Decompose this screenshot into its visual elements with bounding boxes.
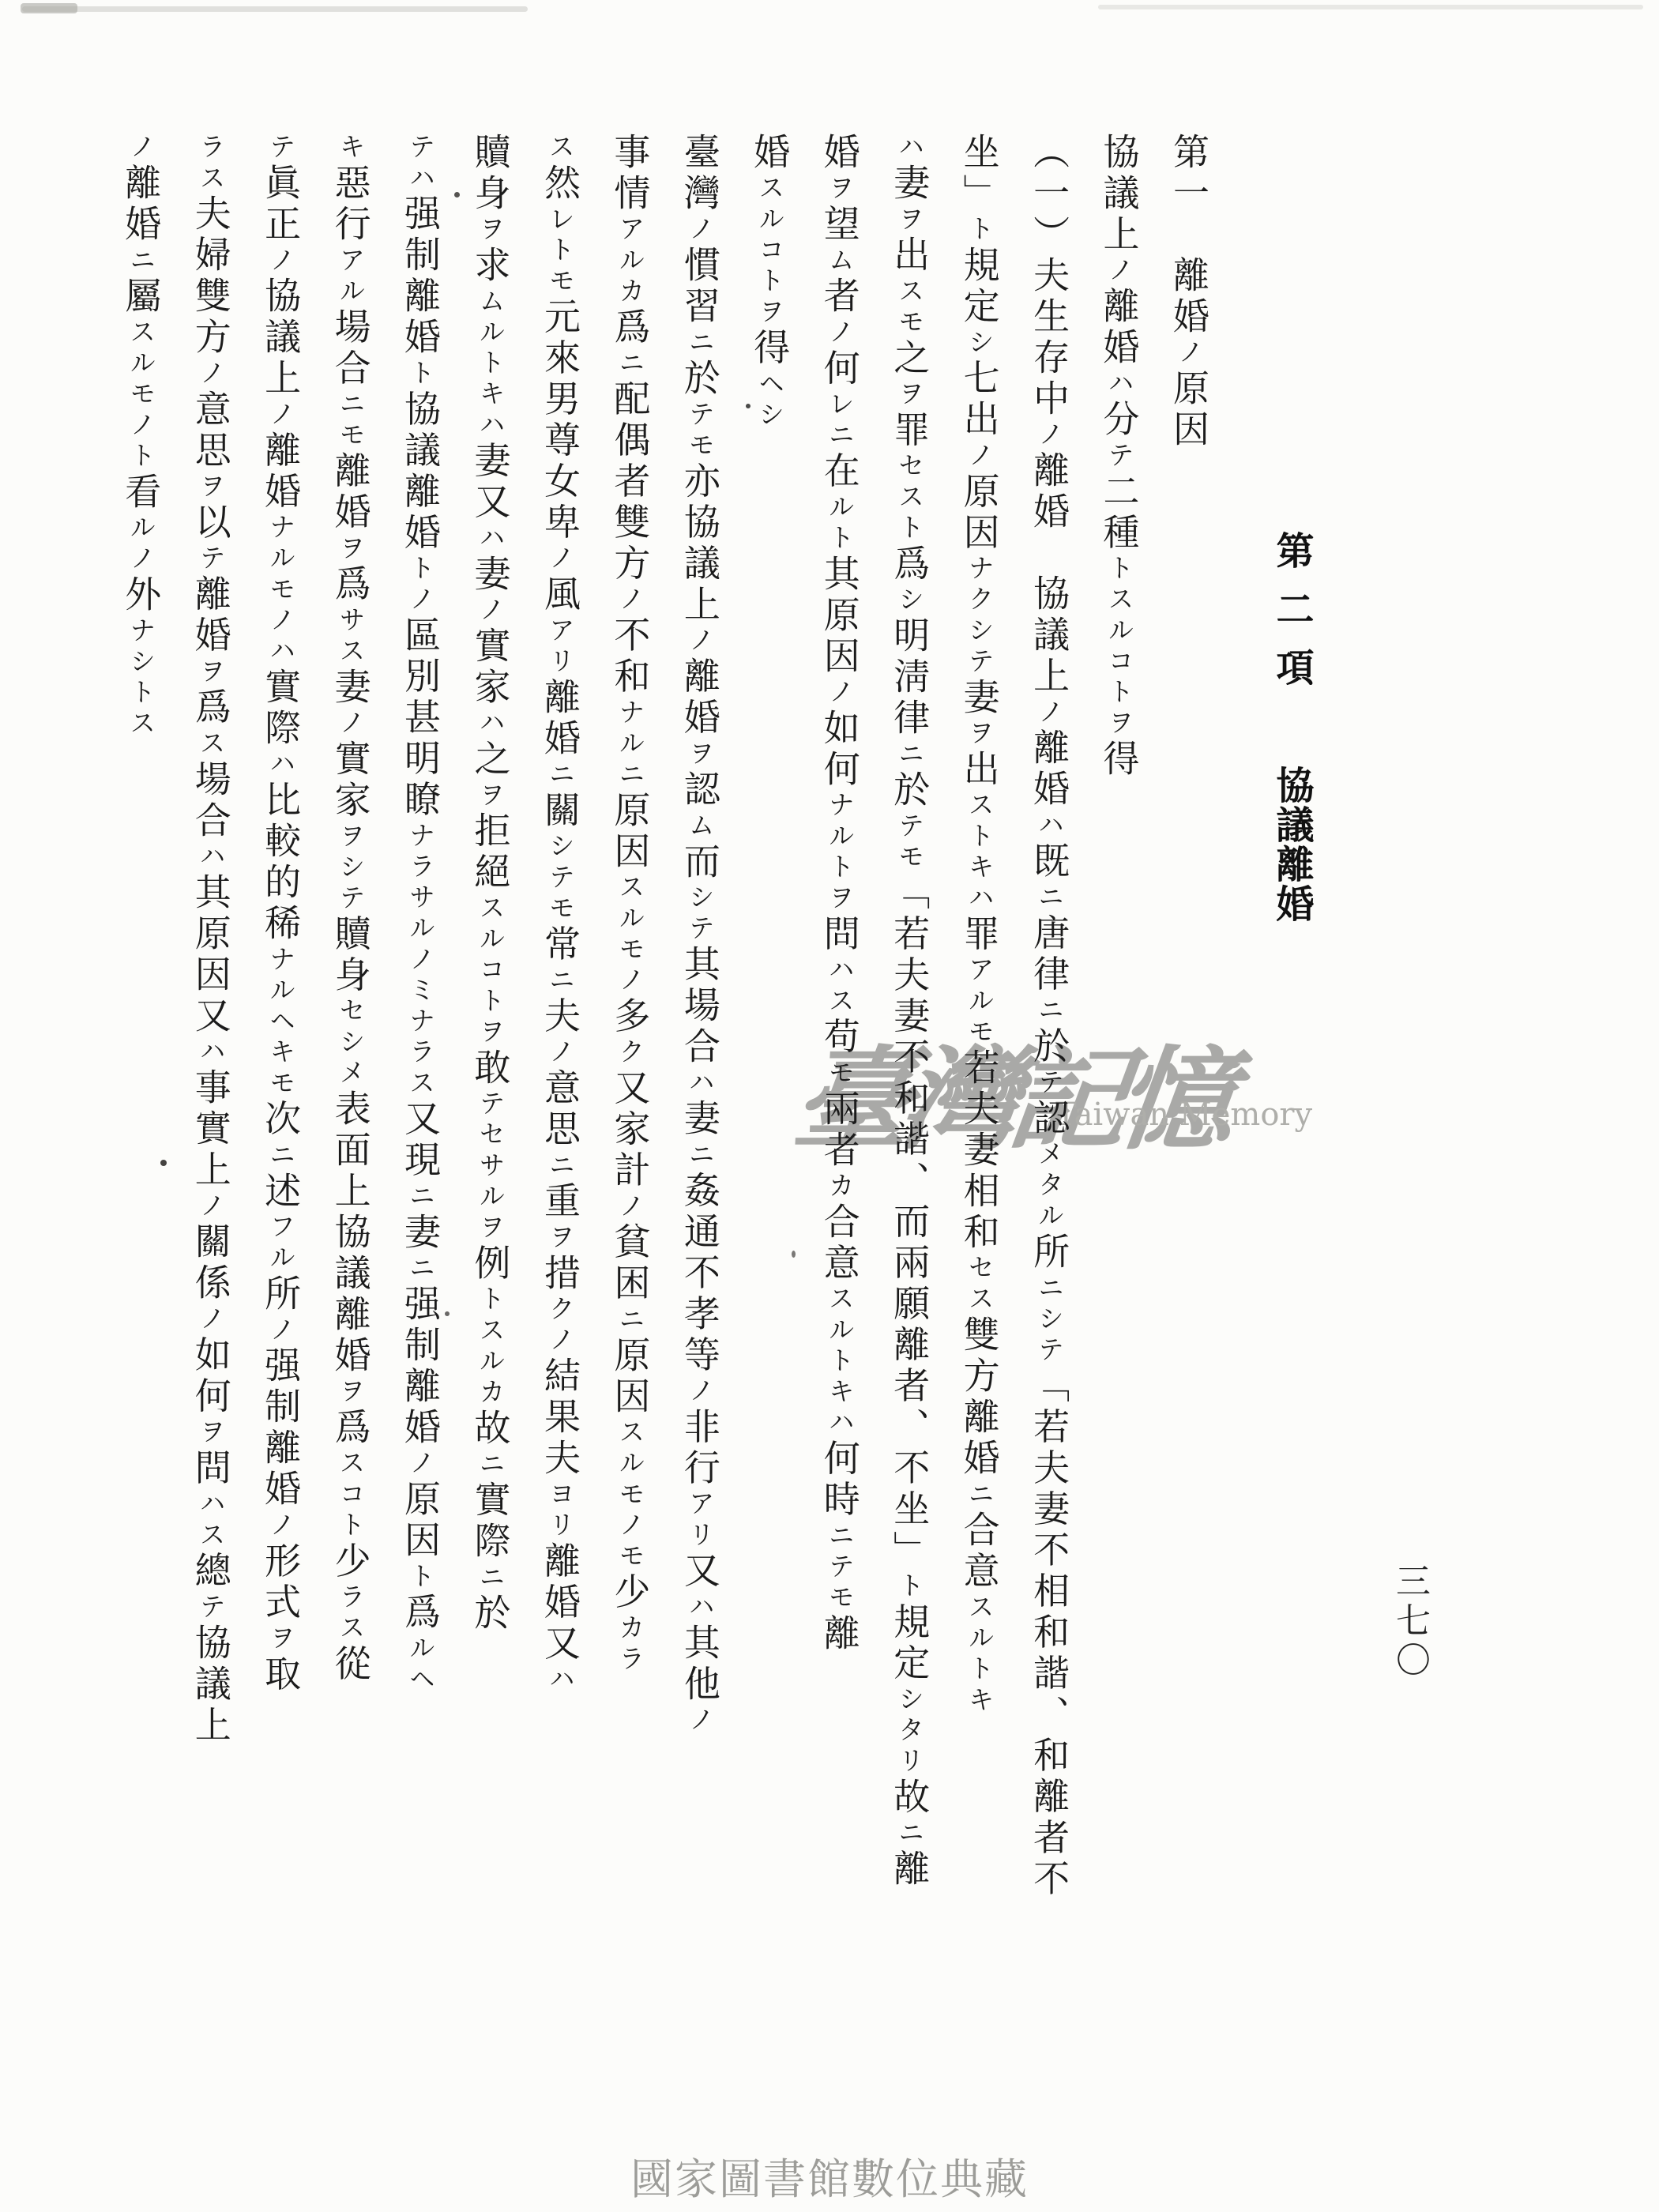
scan-streak — [22, 6, 528, 12]
scan-streak — [1098, 5, 1643, 9]
text-column-1: 第一 離婚ノ原因 — [1168, 133, 1209, 2092]
text-column-10: ス然レトモ元來男尊女卑ノ風アリ離婚ニ關シテモ常ニ夫ノ意思ニ重ヲ措クノ結果夫ヨリ離… — [540, 133, 581, 2092]
text-column-7: 婚スルコトヲ得ヘシ — [749, 133, 790, 2092]
text-column-2: 協議上ノ離婚ハ分テ二種トスルコトヲ得 — [1099, 133, 1140, 2092]
page-number: 三七〇 — [1384, 1563, 1435, 1800]
text-column-11: 贖身ヲ求ムルトキハ妻又ハ妻ノ實家ハ之ヲ拒絕スルコトヲ敢テセサルヲ例トスルカ故ニ實… — [470, 133, 511, 2092]
text-column-5: ハ妻ヲ出スモ之ヲ罪セスト爲シ明淸律ニ於テモ「若夫妻不和諧、而兩願離者、不坐」ト規… — [889, 133, 930, 2092]
text-column-16: ノ離婚ニ屬スルモノト看ルノ外ナシトス — [120, 133, 161, 2092]
text-column-13: キ惡行アル場合ニモ離婚ヲ爲サス妻ノ實家ヲシテ贖身セシメ表面上協議離婚ヲ爲スコト少… — [330, 133, 371, 2092]
text-column-3: （一）夫生存中ノ離婚 協議上ノ離婚ハ既ニ唐律ニ於テ認メタル所ニシテ「若夫妻不相和… — [1029, 133, 1070, 2092]
section-heading-title: 協議離婚 — [1270, 766, 1314, 924]
section-heading-number: 第二項 — [1270, 531, 1314, 706]
section-heading: 第二項 協議離婚 — [1265, 531, 1319, 1242]
ink-speck — [454, 192, 460, 197]
text-column-12: テハ强制離婚ト協議離婚トノ區別甚明瞭ナラサルノミナラス又現ニ妻ニ强制離婚ノ原因ト… — [400, 133, 441, 2092]
text-column-6: 婚ヲ望ム者ノ何レニ在ルト其原因ノ如何ナルトヲ問ハス苟モ兩者カ合意スルトキハ何時ニ… — [819, 133, 860, 2092]
scanned-document-page: 臺灣記憶 Taiwan Memory 第二項 協議離婚 第一 離婚ノ原因 協議上… — [0, 0, 1659, 2212]
ink-speck — [792, 1251, 796, 1258]
text-column-14: テ眞正ノ協議上ノ離婚ナルモノハ實際ハ比較的稀ナルヘキモ次ニ述フル所ノ强制離婚ノ形… — [260, 133, 301, 2092]
text-column-8: 臺灣ノ慣習ニ於テモ亦協議上ノ離婚ヲ認ム而シテ其場合ハ妻ニ姦通不孝等ノ非行アリ又ハ… — [679, 133, 720, 2092]
text-column-15: ラス夫婦雙方ノ意思ヲ以テ離婚ヲ爲ス場合ハ其原因又ハ事實上ノ關係ノ如何ヲ問ハス總テ… — [190, 133, 231, 2092]
ink-speck — [445, 1311, 450, 1316]
scan-smudge — [21, 3, 77, 13]
text-column-4: 坐」ト規定シ七出ノ原因ナクシテ妻ヲ出ストキハ罪アルモ若夫妻相和セス雙方離婚ニ合意… — [959, 133, 1000, 2092]
archive-footer: 國家圖書館數位典藏 — [630, 2146, 1029, 2206]
text-column-9: 事情アルカ爲ニ配偶者雙方ノ不和ナルニ原因スルモノ多ク又家計ノ貧困ニ原因スルモノモ… — [609, 133, 650, 2092]
